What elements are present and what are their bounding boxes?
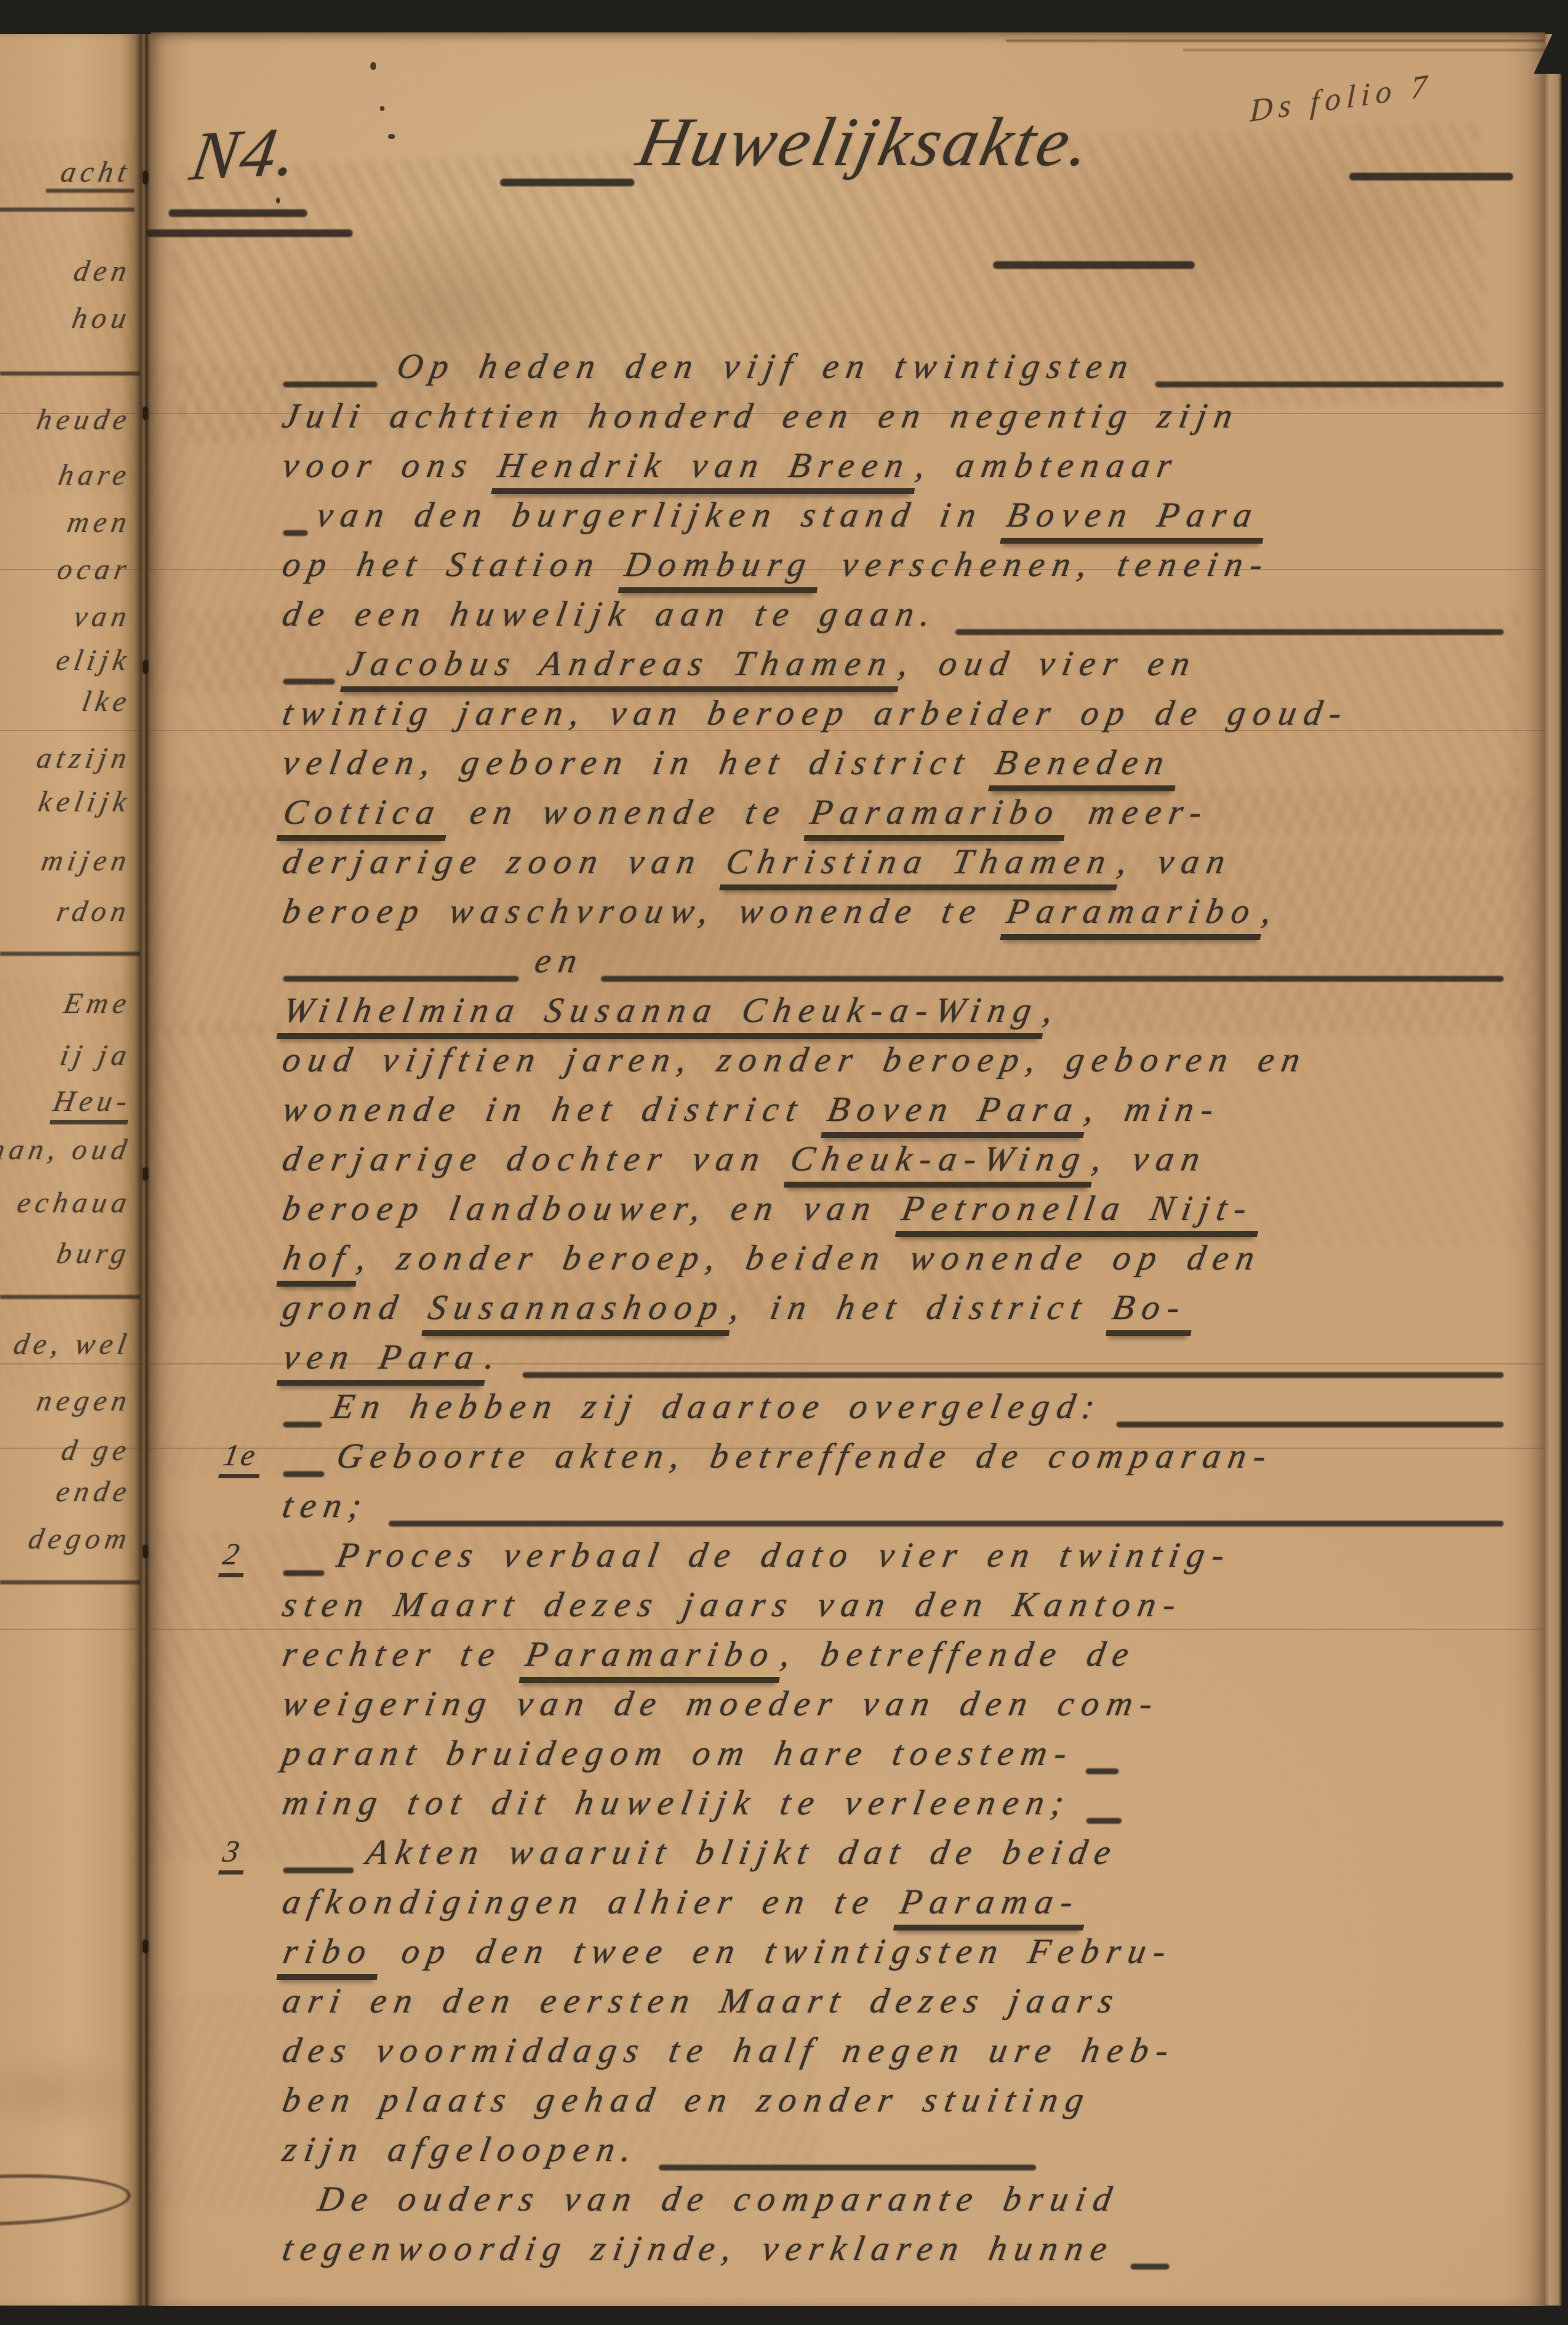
manuscript-line: Op heden den vijf en twintigsten (283, 346, 1504, 396)
ink-dash (283, 1471, 324, 1477)
manuscript-text: oud vijftien jaren, zonder beroep, gebor… (280, 1040, 1311, 1080)
manuscript-line: Cottica en wonende te Paramaribo meer- (283, 792, 1504, 841)
ink-dash (146, 229, 353, 237)
manuscript-line: rechter te Paramaribo, betreffende de (283, 1634, 1504, 1683)
manuscript-line: hof, zonder beroep, beiden wonende op de… (283, 1238, 1504, 1287)
manuscript-text: En hebben zij daartoe overgelegd: (329, 1386, 1106, 1427)
underlined-name: Petronella Nijt- (895, 1188, 1265, 1237)
manuscript-line: De ouders van de comparante bruid (283, 2179, 1504, 2228)
left-page-text-fragment: hou (70, 301, 134, 335)
manuscript-line: En hebben zij daartoe overgelegd: (283, 1386, 1504, 1436)
manuscript-line: 3Akten waaruit blijkt dat de beide (283, 1832, 1504, 1882)
manuscript-text: en wonende te (443, 792, 814, 833)
underlined-name: ven Para (277, 1337, 493, 1386)
manuscript-text: beroep waschvrouw, wonende te (280, 891, 1010, 932)
manuscript-line: ming tot dit huwelijk te verleenen; (283, 1783, 1504, 1832)
ink-dash (283, 679, 335, 685)
manuscript-line: derjarige dochter van Cheuk-a-Wing, van (283, 1139, 1504, 1188)
underlined-name: Paramaribo (804, 792, 1073, 841)
underlined-name: Beneden (988, 742, 1183, 791)
manuscript-text: de een huwelijk aan te gaan. (280, 594, 942, 634)
ink-dash (283, 1570, 324, 1576)
ink-dash (283, 382, 377, 387)
left-page-text-fragment: d ge (59, 1433, 134, 1467)
manuscript-line: afkondigingen alhier en te Parama- (283, 1882, 1504, 1931)
manuscript-line: en (283, 940, 1504, 990)
manuscript-text: rechter te (280, 1634, 530, 1675)
ink-dash (283, 1422, 322, 1428)
left-page-text-fragment: ende (53, 1474, 134, 1508)
manuscript-line: ten; (283, 1485, 1504, 1535)
stitch-hole (143, 1545, 148, 1558)
left-page-text-fragment: atzijn (34, 741, 134, 775)
ink-dash (993, 261, 1195, 269)
manuscript-line: zijn afgeloopen. (283, 2129, 1504, 2179)
underlined-name: Bo- (1105, 1287, 1198, 1336)
ink-dash (1086, 1818, 1122, 1824)
underlined-name: Boven Para (1000, 495, 1271, 544)
manuscript-text: Op heden den vijf en twintigsten (394, 346, 1139, 387)
manuscript-text: ben plaats gehad en zonder stuiting (280, 2080, 1094, 2120)
manuscript-text: ari en den eersten Maart dezes jaars (280, 1981, 1124, 2021)
item-number: 3 (218, 1834, 250, 1875)
underlined-name: Domburg (618, 544, 825, 593)
manuscript-text: op het Station (280, 544, 628, 585)
left-page-rule (46, 189, 134, 193)
underlined-name: Wilhelmina Susanna Cheuk-a-Wing (277, 990, 1051, 1039)
ink-dash (1116, 1422, 1504, 1428)
manuscript-text: Juli achttien honderd een en negentig zi… (280, 396, 1243, 436)
manuscript-text: van den burgerlijken stand in (314, 495, 1010, 535)
manuscript-text: ten; (280, 1485, 372, 1526)
manuscript-text: wonende in het district (280, 1089, 831, 1130)
left-page-text-fragment: ij ja (58, 1038, 134, 1072)
manuscript-line: Jacobus Andreas Thamen, oud vier en (283, 643, 1504, 693)
manuscript-line: beroep landbouwer, en van Petronella Nij… (283, 1188, 1504, 1238)
manuscript-text: des voormiddags te half negen ure heb- (280, 2030, 1179, 2071)
ink-dash (955, 629, 1504, 635)
ink-dash (1130, 2264, 1169, 2270)
left-page-text-fragment: hare (56, 458, 134, 492)
manuscript-line: Wilhelmina Susanna Cheuk-a-Wing, (283, 990, 1504, 1040)
ink-dash (500, 179, 635, 186)
manuscript-line: twintig jaren, van beroep arbeider op de… (283, 693, 1504, 742)
manuscript-line: de een huwelijk aan te gaan. (283, 594, 1504, 643)
manuscript-text: , ambtenaar (913, 445, 1182, 486)
left-page-rule (0, 952, 140, 956)
manuscript-text: velden, geboren in het district (280, 742, 998, 783)
left-page: achtdenhouheudeharemenocarvanelijklkeatz… (0, 34, 140, 2306)
manuscript-line: ven Para. (283, 1337, 1504, 1386)
manuscript-text: meer- (1062, 792, 1213, 833)
ink-dash (1086, 1768, 1119, 1774)
manuscript-line: ari en den eersten Maart dezes jaars (283, 1981, 1504, 2030)
underlined-name: Paramaribo (519, 1634, 788, 1683)
manuscript-text: tegenwoordig zijnde, verklaren hunne (280, 2228, 1118, 2269)
manuscript-text: , van (1089, 1139, 1211, 1179)
manuscript-text: Geboorte akten, betreffende de comparan- (334, 1436, 1277, 1476)
ink-dash (659, 2165, 1036, 2171)
manuscript-text: derjarige zoon van (280, 841, 729, 882)
stitch-hole (143, 1940, 148, 1953)
manuscript-line: voor ons Hendrik van Breen, ambtenaar (283, 445, 1504, 495)
ink-dash (601, 976, 1504, 982)
manuscript-line: 1eGeboorte akten, betreffende de compara… (283, 1436, 1504, 1485)
manuscript-line: 2Proces verbaal de dato vier en twintig- (283, 1535, 1504, 1584)
left-page-text-fragment: lke (80, 684, 134, 718)
manuscript-line: derjarige zoon van Christina Thamen, van (283, 841, 1504, 891)
manuscript-text: ming tot dit huwelijk te verleenen; (280, 1783, 1075, 1823)
page-right-edge (1545, 34, 1562, 2306)
document-title: Huwelijksakte. (631, 102, 1101, 182)
manuscript-line: tegenwoordig zijnde, verklaren hunne (283, 2228, 1504, 2278)
manuscript-line: parant bruidegom om hare toestem- (283, 1733, 1504, 1783)
left-page-text-fragment: burg (54, 1236, 134, 1270)
ink-dash (389, 1521, 1504, 1527)
underlined-name: Cottica (277, 792, 453, 841)
manuscript-line: des voormiddags te half negen ure heb- (283, 2030, 1504, 2080)
manuscript-text: , betreffende de (778, 1634, 1139, 1675)
act-header: N4. Huwelijksakte. Ds folio 7 (151, 32, 1545, 345)
left-page-text-fragment: mijen (39, 843, 134, 877)
left-page-rule (0, 371, 140, 376)
manuscript-text: zijn afgeloopen. (280, 2129, 642, 2170)
manuscript-text: afkondigingen alhier en te (280, 1882, 903, 1922)
scanned-register-page: achtdenhouheudeharemenocarvanelijklkeatz… (0, 0, 1568, 2325)
manuscript-line: wonende in het district Boven Para, min- (283, 1089, 1504, 1139)
manuscript-text: voor ons (280, 445, 502, 486)
underlined-name: hof (277, 1238, 364, 1287)
left-page-text-fragment: Heu- (50, 1084, 134, 1124)
folio-annotation: Ds folio 7 (1249, 67, 1433, 129)
manuscript-line: weigering van de moeder van den com- (283, 1683, 1504, 1733)
underlined-name: Cheuk-a-Wing (784, 1139, 1099, 1188)
left-page-text-fragment: echaua (14, 1185, 134, 1219)
ink-dash (1155, 382, 1504, 387)
left-page-text-fragment: Eme (61, 986, 134, 1020)
underlined-name: Jacobus Andreas Thamen (340, 643, 906, 692)
underlined-name: Boven Para (821, 1089, 1092, 1138)
underlined-name: ribo (277, 1931, 386, 1980)
left-page-rule (0, 1580, 140, 1584)
manuscript-text: parant bruidegom om hare toestem- (280, 1733, 1078, 1774)
underlined-name: Christina Thamen (719, 841, 1125, 890)
underlined-name: Susannashoop (422, 1287, 737, 1336)
manuscript-line: oud vijftien jaren, zonder beroep, gebor… (283, 1040, 1504, 1089)
manuscript-text: , van (1115, 841, 1236, 882)
left-page-text-fragment: elijk (54, 643, 134, 677)
underlined-name: Paramaribo (1000, 891, 1269, 940)
left-page-text-fragment: kelijk (36, 784, 134, 818)
left-page-text-fragment: men (65, 505, 134, 539)
manuscript-text: twintig jaren, van beroep arbeider op de… (280, 693, 1353, 734)
manuscript-text: grond (280, 1287, 432, 1328)
manuscript-text: De ouders van de comparante bruid (315, 2179, 1122, 2219)
body-lines: Op heden den vijf en twintigstenJuli ach… (283, 346, 1504, 2278)
left-page-text-fragment: de, wel (11, 1327, 134, 1361)
left-page-text-fragment: van (71, 599, 134, 633)
manuscript-line: sten Maart dezes jaars van den Kanton- (283, 1584, 1504, 1634)
left-page-rule (0, 208, 134, 212)
manuscript-text: , in het district (727, 1287, 1116, 1328)
manuscript-text: beroep landbouwer, en van (280, 1188, 905, 1229)
item-number: 1e (218, 1438, 266, 1478)
left-page-text-fragment: negen (34, 1383, 134, 1418)
underlined-name: Hendrik van Breen (491, 445, 923, 494)
manuscript-text: , oud vier en (896, 643, 1201, 684)
left-page-text-fragment: den (71, 254, 134, 288)
left-page-text-fragment: heude (34, 402, 134, 436)
manuscript-text: op den twee en twintigsten Febru- (375, 1931, 1176, 1972)
pen-flourish-oval (0, 2170, 132, 2229)
stitch-hole (143, 171, 148, 184)
ink-dash (169, 209, 307, 217)
ink-dash (1349, 173, 1513, 180)
left-page-text-fragment: degom (26, 1521, 134, 1556)
manuscript-text: , zonder beroep, beiden wonende op den (354, 1238, 1265, 1278)
manuscript-line: velden, geboren in het district Beneden (283, 742, 1504, 792)
left-page-text-fragment: han, oud (0, 1132, 134, 1166)
manuscript-line: van den burgerlijken stand in Boven Para (283, 495, 1504, 544)
stitch-hole (143, 1168, 148, 1180)
item-number: 2 (218, 1537, 250, 1577)
act-number: N4. (185, 111, 305, 196)
left-page-text-fragment: acht (58, 154, 134, 189)
manuscript-text: Proces verbaal de dato vier en twintig- (334, 1535, 1235, 1576)
manuscript-line: beroep waschvrouw, wonende te Paramaribo… (283, 891, 1504, 940)
manuscript-text: verschenen, tenein- (815, 544, 1274, 585)
manuscript-line: op het Station Domburg verschenen, tenei… (283, 544, 1504, 594)
ink-dash (283, 1867, 354, 1873)
left-page-rule (0, 1295, 140, 1299)
page-corner (1510, 32, 1568, 74)
manuscript-text: Akten waaruit blijkt dat de beide (363, 1832, 1122, 1873)
manuscript-text: derjarige dochter van (280, 1139, 794, 1179)
manuscript-text: en (532, 940, 588, 981)
ink-blotch (0, 2051, 142, 2133)
manuscript-text: weigering van de moeder van den com- (280, 1683, 1163, 1724)
left-page-text-fragment: rdon (54, 894, 134, 928)
manuscript-line: Juli achttien honderd een en negentig zi… (283, 396, 1504, 445)
manuscript-line: ben plaats gehad en zonder stuiting (283, 2080, 1504, 2129)
underlined-name: Parama- (893, 1882, 1092, 1931)
manuscript-line: ribo op den twee en twintigsten Febru- (283, 1931, 1504, 1981)
manuscript-text: , min- (1082, 1089, 1224, 1130)
ink-dash (283, 530, 308, 536)
stitch-hole (143, 660, 148, 673)
manuscript-text: sten Maart dezes jaars van den Kanton- (280, 1584, 1186, 1625)
manuscript-line: grond Susannashoop, in het district Bo- (283, 1287, 1504, 1337)
main-page: N4. Huwelijksakte. Ds folio 7 Op heden d… (151, 32, 1545, 2306)
ink-dash (522, 1372, 1504, 1378)
ink-dash (283, 976, 519, 982)
